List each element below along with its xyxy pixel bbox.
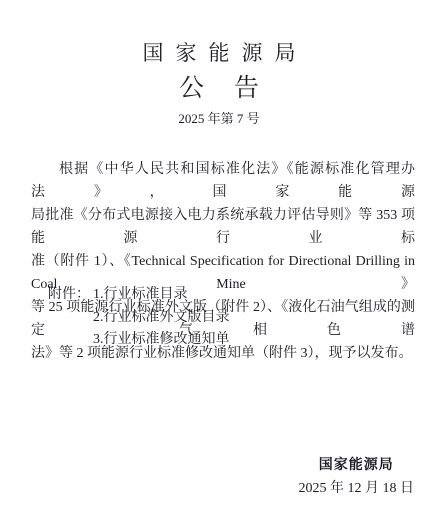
attachments-label: 附件： [48, 284, 93, 307]
attachment-item-3: 3.行业标准修改通知单 [48, 329, 230, 352]
agency-title: 国家能源局 [0, 40, 438, 66]
announcement-title: 公告 [0, 74, 438, 104]
signature-agency: 国家能源局 [299, 455, 415, 476]
announcement-document: 国家能源局 公告 2025 年第 7 号 根据《中华人民共和国标准化法》《能源标… [0, 0, 438, 531]
footer-block: 国家能源局 2025 年 12 月 18 日 [299, 455, 415, 499]
doc-number: 2025 年第 7 号 [0, 110, 438, 128]
attachment-item-1: 1.行业标准目录 [93, 287, 188, 302]
attachments-list: 附件：1.行业标准目录 2.行业标准外文版目录 3.行业标准修改通知单 [48, 284, 230, 352]
attachment-row-1: 附件：1.行业标准目录 [48, 284, 230, 307]
body-line-2: 局批准《分布式电源接入电力系统承载力评估导则》等 353 项能源行业标 [31, 204, 415, 250]
signature-date: 2025 年 12 月 18 日 [299, 478, 415, 499]
body-line-1: 根据《中华人民共和国标准化法》《能源标准化管理办法》，国家能源 [31, 158, 415, 204]
attachment-item-2: 2.行业标准外文版目录 [48, 307, 230, 330]
